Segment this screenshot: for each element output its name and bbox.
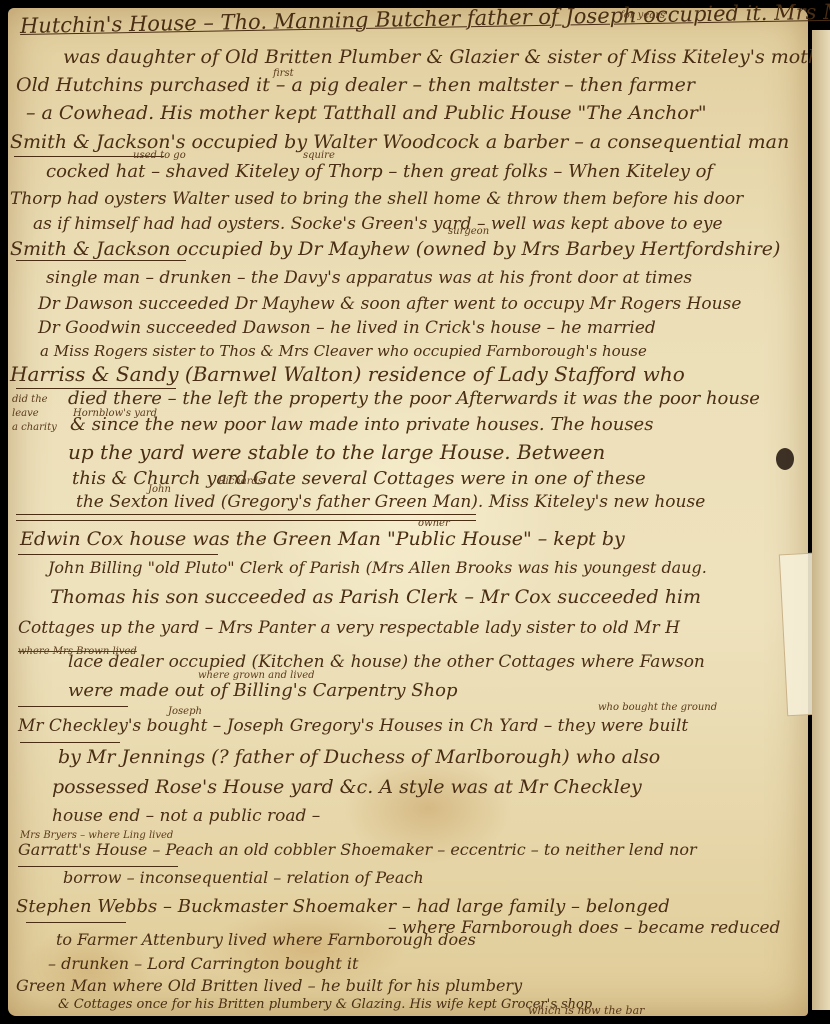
text-line: Thorp had oysters Walter used to bring t… (10, 191, 743, 208)
margin-note: leave (12, 408, 39, 419)
text-line: were made out of Billing's Carpentry Sho… (68, 682, 458, 700)
text-line: to Farmer Attenbury lived where Farnboro… (56, 932, 476, 948)
heading-hutchins: Hutchin's House – Tho. Manning Butcher f… (20, 0, 830, 38)
text-line: lace dealer occupied (Kitchen & house) t… (68, 654, 705, 671)
text-line: borrow – inconsequential – relation of P… (63, 870, 424, 886)
section-divider (18, 706, 128, 707)
text-line: Edwin Cox house was the Green Man "Publi… (20, 530, 625, 549)
text-line: Thomas his son succeeded as Parish Clerk… (50, 588, 701, 607)
text-line: Smith & Jackson occupied by Dr Mayhew (o… (10, 240, 780, 259)
text-line: Garratt's House – Peach an old cobbler S… (18, 842, 697, 858)
text-line: – drunken – Lord Carrington bought it (48, 956, 358, 972)
text-line: as if himself had had oysters. Socke's G… (33, 216, 723, 233)
underline-rule (18, 866, 178, 867)
adjacent-page-edge (812, 30, 830, 1010)
text-line: Harriss & Sandy (Barnwel Walton) residen… (10, 364, 685, 384)
underline-rule (20, 742, 120, 743)
text-line: by Mr Jennings (? father of Duchess of M… (58, 748, 660, 767)
text-line: Smith & Jackson's occupied by Walter Woo… (10, 133, 789, 152)
manuscript-page: Hutchin's House – Tho. Manning Butcher f… (8, 8, 808, 1016)
interlinear-richards: Richards (218, 476, 263, 487)
interlinear-for-years: for years (620, 10, 665, 21)
text-line: Cottages up the yard – Mrs Panter a very… (18, 620, 680, 637)
section-divider (16, 514, 476, 515)
text-line: Dr Goodwin succeeded Dawson – he lived i… (38, 320, 656, 337)
interlinear-who-bought: who bought the ground (598, 702, 717, 713)
line-hutchins-heading: Hutchin's House – Tho. Manning Butcher f… (20, 0, 830, 37)
text-line: – a Cowhead. His mother kept Tatthall an… (26, 104, 707, 123)
margin-note: a charity (12, 422, 57, 433)
interlinear-used-to-go: used to go (133, 150, 186, 161)
underline-rule (18, 554, 218, 555)
text-line: single man – drunken – the Davy's appara… (46, 270, 692, 287)
text-line: John Billing "old Pluto" Clerk of Parish… (48, 560, 707, 576)
text-line: Old Hutchins purchased it – a pig dealer… (16, 76, 695, 95)
text-line: a Miss Rogers sister to Thos & Mrs Cleav… (40, 344, 647, 359)
interlinear-note: which is now the bar (528, 1004, 644, 1017)
section-divider (16, 520, 476, 521)
interlinear-squire: squire (303, 150, 335, 161)
text-line: the Sexton lived (Gregory's father Green… (76, 494, 705, 511)
ink-blot (776, 448, 794, 470)
text-line: Dr Dawson succeeded Dr Mayhew & soon aft… (38, 296, 741, 313)
text-line: house end – not a public road – (52, 808, 320, 825)
text-line: Green Man where Old Britten lived – he b… (16, 978, 522, 994)
underline-rule (26, 922, 126, 923)
text-line: & Cottages once for his Britten plumbery… (58, 998, 592, 1011)
interlinear-surgeon: surgeon (448, 226, 489, 237)
margin-note: did the (12, 394, 48, 405)
text-line: died there – the left the property the p… (68, 390, 760, 408)
text-line: Stephen Webbs – Buckmaster Shoemaker – h… (16, 898, 670, 916)
text-line: cocked hat – shaved Kiteley of Thorp – t… (46, 163, 713, 181)
underline-rule (16, 260, 186, 261)
text-line: & since the new poor law made into priva… (70, 416, 653, 434)
text-line: was daughter of Old Britten Plumber & Gl… (63, 48, 830, 67)
text-line: up the yard were stable to the large Hou… (68, 442, 605, 462)
text-line: possessed Rose's House yard &c. A style … (52, 778, 642, 797)
text-line: Mr Checkley's bought – Joseph Gregory's … (18, 718, 688, 735)
